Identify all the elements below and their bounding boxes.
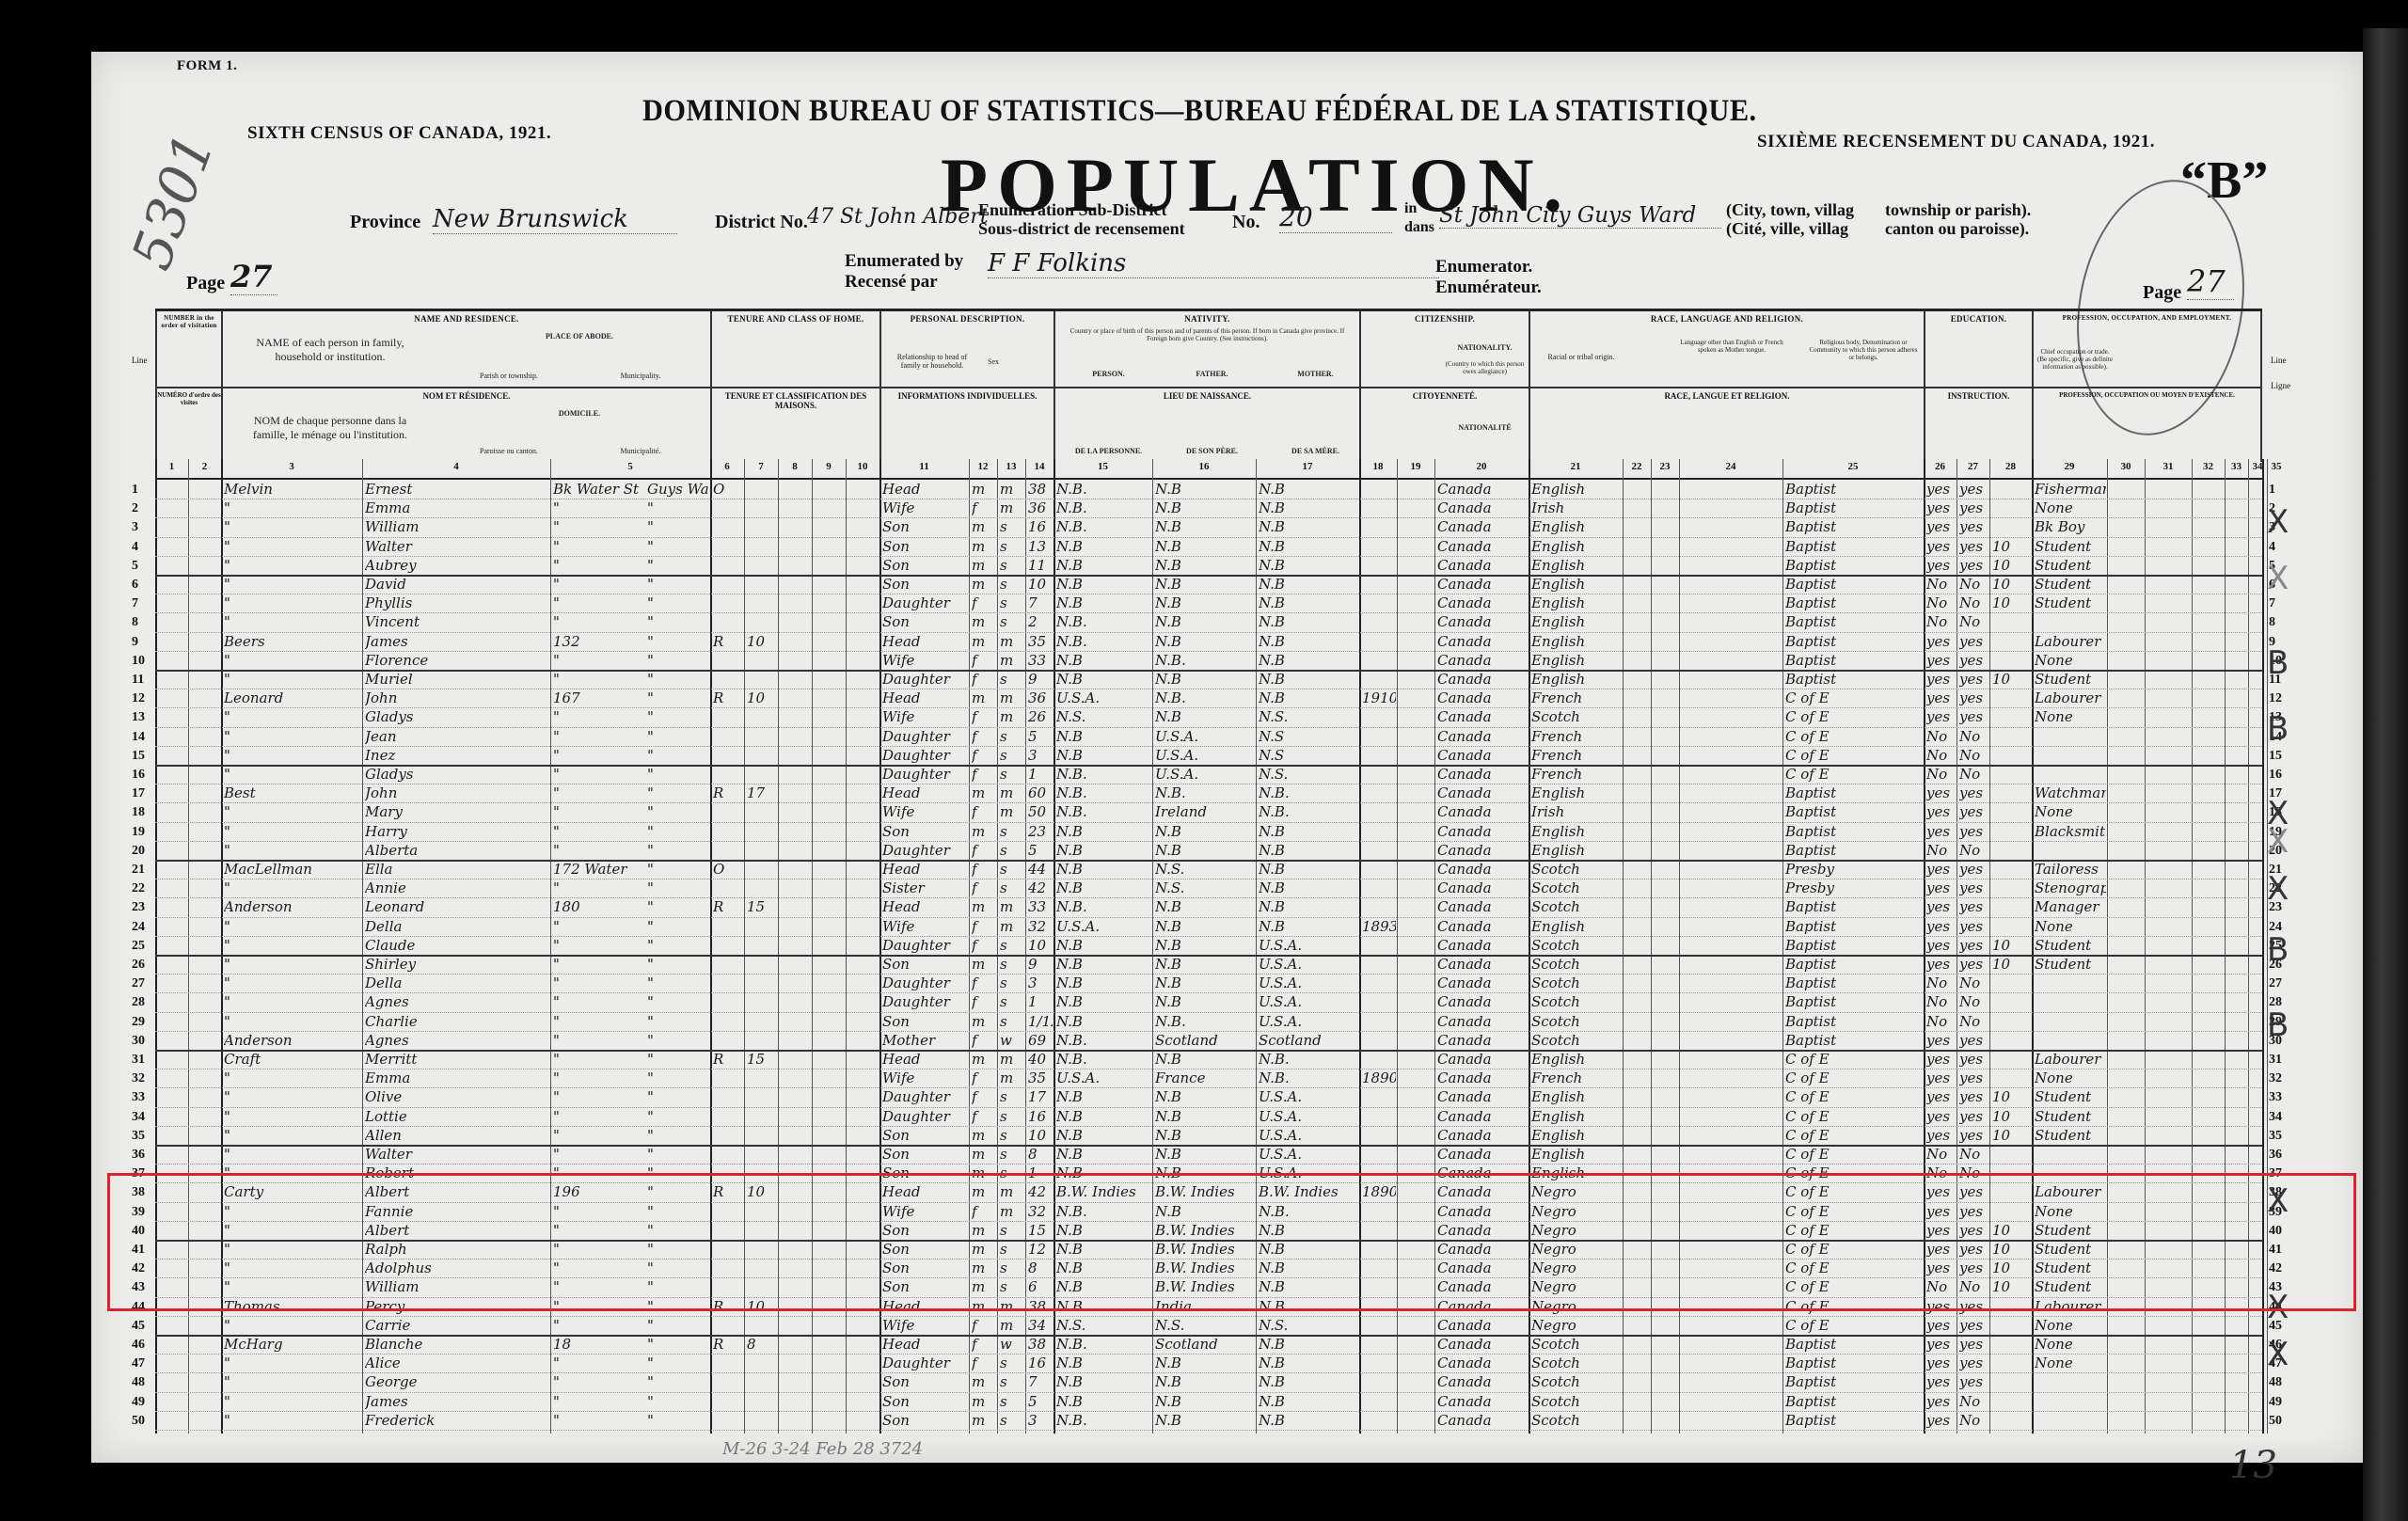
census-row: AndersonAgnes""Motherfw69N.B.ScotlandSco… xyxy=(155,1031,2262,1052)
father-birthplace-cell: N.B xyxy=(1155,671,1255,688)
nationality-cell: Canada xyxy=(1437,766,1528,783)
given-name-cell: Ernest xyxy=(365,481,549,498)
nationality-cell: Canada xyxy=(1437,576,1528,593)
line-number: 7 xyxy=(132,596,138,611)
relationship-cell: Son xyxy=(882,613,968,630)
father-birthplace-cell: N.S. xyxy=(1155,879,1255,896)
can-read-cell: yes xyxy=(1926,1393,1956,1410)
can-read-cell: yes xyxy=(1926,671,1956,688)
surname-cell: " xyxy=(224,538,361,555)
surname-cell: " xyxy=(224,823,361,840)
line-number: 31 xyxy=(132,1053,145,1068)
relationship-cell: Wife xyxy=(882,918,968,935)
municipality-cell: " xyxy=(647,594,709,611)
can-write-cell: No xyxy=(1959,1013,1988,1030)
relationship-cell: Daughter xyxy=(882,974,968,991)
sex-cell: m xyxy=(972,1127,996,1144)
can-write-cell: yes xyxy=(1959,481,1988,498)
racial-origin-cell: Scotch xyxy=(1531,1013,1622,1030)
sex-cell: m xyxy=(972,576,996,593)
municipality-cell: " xyxy=(647,1069,709,1086)
relationship-cell: Son xyxy=(882,956,968,973)
marital-status-cell: s xyxy=(1000,1088,1024,1105)
sex-cell: f xyxy=(972,1088,996,1105)
age-cell: 13 xyxy=(1028,538,1053,555)
census-row: "Allen""Sonms10N.BN.BU.S.A.CanadaEnglish… xyxy=(155,1126,2262,1147)
sex-cell: f xyxy=(972,879,996,896)
father-birthplace-cell: N.B xyxy=(1155,1412,1255,1429)
age-cell: 16 xyxy=(1028,1355,1053,1371)
column-number-bar: 1234567891011121314151617181920212223242… xyxy=(155,459,2262,480)
relationship-cell: Daughter xyxy=(882,766,968,783)
margin-mark: X xyxy=(2267,560,2289,597)
margin-mark: X xyxy=(2267,823,2289,861)
father-birthplace-cell: N.B xyxy=(1155,633,1255,650)
birthplace-cell: N.B xyxy=(1056,594,1151,611)
dans-label: dans xyxy=(1404,219,1434,236)
enumerator-label: Enumerator. xyxy=(1435,257,1532,277)
column-number: 31 xyxy=(2145,461,2192,472)
abode-cell: " xyxy=(553,576,643,593)
abode-cell: " xyxy=(553,594,643,611)
can-read-cell: No xyxy=(1926,613,1956,630)
occupation-cell: Watchman xyxy=(2035,784,2106,801)
column-number: 27 xyxy=(1956,461,1989,472)
age-cell: 34 xyxy=(1028,1317,1053,1334)
religion-cell: C of E xyxy=(1785,766,1923,783)
sex-cell: f xyxy=(972,918,996,935)
header-education: EDUCATION. INSTRUCTION. xyxy=(1924,311,2032,462)
can-read-cell: yes xyxy=(1926,538,1956,555)
rooms-cell: 15 xyxy=(747,1051,777,1068)
birthplace-cell: N.B. xyxy=(1056,1412,1151,1429)
census-row: "Emma""Wifefm35U.S.A.FranceN.B.1890Canad… xyxy=(155,1069,2262,1088)
school-months-cell: 10 xyxy=(1992,1127,2031,1144)
birthplace-cell: N.B xyxy=(1056,728,1151,745)
mother-birthplace-cell: U.S.A. xyxy=(1259,1146,1358,1163)
father-birthplace-cell: N.B xyxy=(1155,956,1255,973)
racial-origin-cell: English xyxy=(1531,633,1622,650)
nationality-cell: Canada xyxy=(1437,518,1528,535)
given-name-cell: Della xyxy=(365,918,549,935)
line-number: 45 xyxy=(132,1319,145,1334)
marital-status-cell: m xyxy=(1000,481,1024,498)
nationality-cell: Canada xyxy=(1437,1355,1528,1371)
occupation-cell: Blacksmith xyxy=(2035,823,2106,840)
column-number: 24 xyxy=(1679,461,1782,472)
religion-cell: Baptist xyxy=(1785,1013,1923,1030)
birthplace-cell: N.B xyxy=(1056,1127,1151,1144)
enumerateur-label: Enumérateur. xyxy=(1435,277,1542,298)
abode-cell: 172 Water xyxy=(553,861,643,878)
nationality-cell: Canada xyxy=(1437,689,1528,706)
can-read-cell: yes xyxy=(1926,1051,1956,1068)
given-name-cell: Olive xyxy=(365,1088,549,1105)
abode-cell: " xyxy=(553,993,643,1010)
abode-cell: " xyxy=(553,1108,643,1125)
tenure-cell: R xyxy=(713,1051,743,1068)
can-read-cell: yes xyxy=(1926,1412,1956,1429)
mother-birthplace-cell: N.B xyxy=(1259,918,1358,935)
abode-cell: " xyxy=(553,1355,643,1371)
census-row: "Carrie""Wifefm34N.S.N.S.N.S.CanadaNegro… xyxy=(155,1316,2262,1337)
column-number: 5 xyxy=(550,461,710,472)
religion-cell: Baptist xyxy=(1785,1393,1923,1410)
sex-cell: m xyxy=(972,1146,996,1163)
age-cell: 3 xyxy=(1028,747,1053,764)
racial-origin-cell: Scotch xyxy=(1531,708,1622,725)
line-number: 48 xyxy=(2269,1375,2282,1390)
mother-birthplace-cell: N.B. xyxy=(1259,1069,1358,1086)
abode-cell: " xyxy=(553,1317,643,1334)
line-number: 49 xyxy=(132,1395,145,1410)
abode-cell: 132 xyxy=(553,633,643,650)
racial-origin-cell: Scotch xyxy=(1531,993,1622,1010)
religion-cell: Baptist xyxy=(1785,481,1923,498)
relationship-cell: Daughter xyxy=(882,993,968,1010)
racial-origin-cell: French xyxy=(1531,728,1622,745)
abode-cell: " xyxy=(553,518,643,535)
occupation-cell: Student xyxy=(2035,594,2106,611)
relationship-cell: Son xyxy=(882,1412,968,1429)
margin-mark: B xyxy=(2267,931,2289,969)
marital-status-cell: m xyxy=(1000,898,1024,915)
nationality-cell: Canada xyxy=(1437,1146,1528,1163)
abode-cell: 180 xyxy=(553,898,643,915)
abode-cell: 167 xyxy=(553,689,643,706)
census-row: "Mary""Wifefm50N.B.IrelandN.B.CanadaIris… xyxy=(155,802,2262,822)
census-title-en: SIXTH CENSUS OF CANADA, 1921. xyxy=(247,123,551,144)
nationality-cell: Canada xyxy=(1437,671,1528,688)
page-label-right: Page xyxy=(2143,282,2181,304)
religion-cell: Baptist xyxy=(1785,1373,1923,1390)
occupation-cell: None xyxy=(2035,1355,2106,1371)
religion-cell: Baptist xyxy=(1785,557,1923,574)
given-name-cell: Alberta xyxy=(365,842,549,859)
rooms-cell: 15 xyxy=(747,898,777,915)
sex-cell: m xyxy=(972,1373,996,1390)
marital-status-cell: s xyxy=(1000,879,1024,896)
line-number: 10 xyxy=(132,654,145,669)
tenure-cell: R xyxy=(713,898,743,915)
racial-origin-cell: English xyxy=(1531,1088,1622,1105)
racial-origin-cell: French xyxy=(1531,1069,1622,1086)
mother-birthplace-cell: N.B xyxy=(1259,481,1358,498)
census-row: "Annie""Sisterfs42N.BN.S.N.BCanadaScotch… xyxy=(155,879,2262,898)
line-label-left: Line xyxy=(132,356,148,365)
surname-cell: " xyxy=(224,1013,361,1030)
given-name-cell: Della xyxy=(365,974,549,991)
marital-status-cell: s xyxy=(1000,823,1024,840)
census-row: "Emma""Wifefm36N.B.N.BN.BCanadaIrishBapt… xyxy=(155,499,2262,518)
sex-cell: f xyxy=(972,594,996,611)
line-number: 34 xyxy=(132,1110,145,1125)
mother-birthplace-cell: N.B xyxy=(1259,1336,1358,1353)
can-write-cell: yes xyxy=(1959,937,1988,954)
abode-cell: " xyxy=(553,538,643,555)
given-name-cell: David xyxy=(365,576,549,593)
occupation-cell: Student xyxy=(2035,937,2106,954)
sex-cell: f xyxy=(972,652,996,669)
sex-cell: f xyxy=(972,1069,996,1086)
racial-origin-cell: English xyxy=(1531,1127,1622,1144)
surname-cell: " xyxy=(224,842,361,859)
racial-origin-cell: Scotch xyxy=(1531,1393,1622,1410)
birthplace-cell: N.B. xyxy=(1056,784,1151,801)
can-write-cell: yes xyxy=(1959,538,1988,555)
religion-cell: Baptist xyxy=(1785,633,1923,650)
father-birthplace-cell: N.B. xyxy=(1155,689,1255,706)
religion-cell: Baptist xyxy=(1785,1336,1923,1353)
can-write-cell: yes xyxy=(1959,918,1988,935)
census-row: MelvinErnestBk Water StGuys WardOHeadmm3… xyxy=(155,480,2262,499)
age-cell: 38 xyxy=(1028,481,1053,498)
municipality-cell: " xyxy=(647,918,709,935)
occupation-cell: Student xyxy=(2035,1127,2106,1144)
father-birthplace-cell: N.B. xyxy=(1155,1013,1255,1030)
column-number: 15 xyxy=(1053,461,1152,472)
line-number: 33 xyxy=(2269,1090,2282,1105)
line-number: 8 xyxy=(2269,615,2275,630)
birthplace-cell: N.B. xyxy=(1056,633,1151,650)
can-write-cell: yes xyxy=(1959,861,1988,878)
nationality-cell: Canada xyxy=(1437,1336,1528,1353)
mother-birthplace-cell: N.B xyxy=(1259,823,1358,840)
age-cell: 32 xyxy=(1028,918,1053,935)
line-number: 48 xyxy=(132,1375,145,1390)
census-row: "Lottie""Daughterfs16N.BN.BU.S.A.CanadaE… xyxy=(155,1107,2262,1127)
abode-cell: " xyxy=(553,956,643,973)
given-name-cell: Walter xyxy=(365,1146,549,1163)
racial-origin-cell: English xyxy=(1531,481,1622,498)
can-read-cell: No xyxy=(1926,974,1956,991)
marital-status-cell: s xyxy=(1000,518,1024,535)
age-cell: 7 xyxy=(1028,1373,1053,1390)
religion-cell: C of E xyxy=(1785,708,1923,725)
racial-origin-cell: Scotch xyxy=(1531,898,1622,915)
occupation-cell: None xyxy=(2035,1317,2106,1334)
age-cell: 5 xyxy=(1028,842,1053,859)
marital-status-cell: s xyxy=(1000,1127,1024,1144)
column-number: 18 xyxy=(1359,461,1397,472)
municipality-cell: " xyxy=(647,1412,709,1429)
abode-cell: 18 xyxy=(553,1336,643,1353)
relationship-cell: Head xyxy=(882,1051,968,1068)
microfilm-binding-edge xyxy=(2363,28,2408,1521)
occupation-cell: Labourer xyxy=(2035,1051,2106,1068)
can-write-cell: No xyxy=(1959,974,1988,991)
religion-cell: Baptist xyxy=(1785,613,1923,630)
column-number: 3 xyxy=(221,461,362,472)
tenure-cell: R xyxy=(713,784,743,801)
no-label: No. xyxy=(1232,212,1259,233)
abode-cell: " xyxy=(553,842,643,859)
can-read-cell: No xyxy=(1926,576,1956,593)
relationship-cell: Son xyxy=(882,1013,968,1030)
header-personal: PERSONAL DESCRIPTION. Relationship to he… xyxy=(879,311,1053,462)
column-number: 22 xyxy=(1623,461,1651,472)
census-row: McHargBlanche18"R8Headfw38N.B.ScotlandN.… xyxy=(155,1335,2262,1355)
marital-status-cell: m xyxy=(1000,652,1024,669)
census-row: "Muriel""Daughterfs9N.BN.BN.BCanadaEngli… xyxy=(155,670,2262,689)
religion-cell: Baptist xyxy=(1785,974,1923,991)
column-number: 29 xyxy=(2032,461,2107,472)
header-race-language-religion: RACE, LANGUAGE AND RELIGION. Racial or t… xyxy=(1529,311,1924,462)
marital-status-cell: m xyxy=(1000,803,1024,820)
line-number: 4 xyxy=(2269,540,2275,555)
can-read-cell: yes xyxy=(1926,784,1956,801)
school-months-cell: 10 xyxy=(1992,538,2031,555)
sex-cell: f xyxy=(972,842,996,859)
column-number: 9 xyxy=(812,461,846,472)
marital-status-cell: s xyxy=(1000,671,1024,688)
occupation-cell: Labourer xyxy=(2035,689,2106,706)
surname-cell: " xyxy=(224,728,361,745)
given-name-cell: Alice xyxy=(365,1355,549,1371)
racial-origin-cell: English xyxy=(1531,918,1622,935)
census-row: "Della""Wifefm32U.S.A.N.BN.B1893CanadaEn… xyxy=(155,917,2262,937)
mother-birthplace-cell: N.S xyxy=(1259,747,1358,764)
mother-birthplace-cell: N.B xyxy=(1259,1412,1358,1429)
municipality-cell: " xyxy=(647,1013,709,1030)
racial-origin-cell: English xyxy=(1531,1146,1622,1163)
school-months-cell: 10 xyxy=(1992,1108,2031,1125)
age-cell: 35 xyxy=(1028,1069,1053,1086)
census-row: "Alice""Daughterfs16N.BN.BN.BCanadaScotc… xyxy=(155,1354,2262,1373)
abode-cell: " xyxy=(553,766,643,783)
nationality-cell: Canada xyxy=(1437,1108,1528,1125)
surname-cell: " xyxy=(224,1069,361,1086)
father-birthplace-cell: N.B xyxy=(1155,1088,1255,1105)
line-number: 27 xyxy=(132,976,145,991)
census-row: "Harry""Sonms23N.BN.BN.BCanadaEnglishBap… xyxy=(155,822,2262,842)
mother-birthplace-cell: N.B xyxy=(1259,538,1358,555)
line-number: 32 xyxy=(2269,1071,2282,1086)
can-read-cell: No xyxy=(1926,1146,1956,1163)
sex-cell: f xyxy=(972,1108,996,1125)
surname-cell: " xyxy=(224,594,361,611)
district-value: 47 St John Albert xyxy=(807,205,976,229)
religion-cell: Baptist xyxy=(1785,518,1923,535)
page-number-right: 27 xyxy=(2187,263,2234,300)
tenure-cell: O xyxy=(713,861,743,878)
margin-mark: B xyxy=(2267,644,2289,682)
can-write-cell: No xyxy=(1959,594,1988,611)
given-name-cell: Agnes xyxy=(365,1032,549,1049)
can-read-cell: yes xyxy=(1926,918,1956,935)
line-number: 15 xyxy=(2269,749,2282,764)
occupation-cell: None xyxy=(2035,918,2106,935)
column-number: 19 xyxy=(1397,461,1434,472)
sex-cell: m xyxy=(972,613,996,630)
marital-status-cell: s xyxy=(1000,1393,1024,1410)
birthplace-cell: N.B xyxy=(1056,1393,1151,1410)
given-name-cell: James xyxy=(365,1393,549,1410)
religion-cell: Baptist xyxy=(1785,671,1923,688)
relationship-cell: Daughter xyxy=(882,937,968,954)
abode-cell: " xyxy=(553,1051,643,1068)
mother-birthplace-cell: N.S. xyxy=(1259,1317,1358,1334)
line-number: 35 xyxy=(2269,1129,2282,1144)
can-write-cell: yes xyxy=(1959,1088,1988,1105)
can-read-cell: yes xyxy=(1926,1088,1956,1105)
father-birthplace-cell: N.B xyxy=(1155,518,1255,535)
abode-cell: " xyxy=(553,1393,643,1410)
surname-cell: " xyxy=(224,499,361,516)
nationality-cell: Canada xyxy=(1437,613,1528,630)
age-cell: 5 xyxy=(1028,728,1053,745)
census-row: "Jean""Daughterfs5N.BU.S.A.N.SCanadaFren… xyxy=(155,727,2262,747)
nationality-cell: Canada xyxy=(1437,538,1528,555)
column-number: 14 xyxy=(1025,461,1053,472)
father-birthplace-cell: N.B xyxy=(1155,993,1255,1010)
municipality-cell: " xyxy=(647,671,709,688)
abode-cell: " xyxy=(553,1069,643,1086)
religion-cell: Baptist xyxy=(1785,1032,1923,1049)
column-number: 2 xyxy=(188,461,221,472)
column-number: 35 xyxy=(2267,461,2286,472)
can-read-cell: yes xyxy=(1926,1032,1956,1049)
line-number: 36 xyxy=(132,1148,145,1163)
mother-birthplace-cell: N.B xyxy=(1259,576,1358,593)
mother-birthplace-cell: N.B xyxy=(1259,613,1358,630)
racial-origin-cell: Scotch xyxy=(1531,1032,1622,1049)
abode-cell: " xyxy=(553,823,643,840)
surname-cell: " xyxy=(224,766,361,783)
religion-cell: Presby xyxy=(1785,879,1923,896)
age-cell: 40 xyxy=(1028,1051,1053,1068)
birthplace-cell: N.B. xyxy=(1056,898,1151,915)
racial-origin-cell: French xyxy=(1531,766,1622,783)
marital-status-cell: s xyxy=(1000,576,1024,593)
surname-cell: " xyxy=(224,557,361,574)
age-cell: 36 xyxy=(1028,689,1053,706)
age-cell: 38 xyxy=(1028,1336,1053,1353)
line-number: 13 xyxy=(132,710,145,725)
can-write-cell: yes xyxy=(1959,499,1988,516)
relationship-cell: Son xyxy=(882,1146,968,1163)
birthplace-cell: N.B xyxy=(1056,974,1151,991)
header-nativity: NATIVITY. Country or place of birth of t… xyxy=(1053,311,1359,462)
relationship-cell: Son xyxy=(882,1373,968,1390)
nationality-cell: Canada xyxy=(1437,708,1528,725)
age-cell: 16 xyxy=(1028,1108,1053,1125)
nationality-cell: Canada xyxy=(1437,633,1528,650)
given-name-cell: Mary xyxy=(365,803,549,820)
racial-origin-cell: French xyxy=(1531,689,1622,706)
municipality-cell: " xyxy=(647,538,709,555)
column-number: 17 xyxy=(1256,461,1359,472)
can-read-cell: yes xyxy=(1926,652,1956,669)
mother-birthplace-cell: N.S xyxy=(1259,728,1358,745)
racial-origin-cell: English xyxy=(1531,518,1622,535)
mother-birthplace-cell: N.B xyxy=(1259,879,1358,896)
marital-status-cell: s xyxy=(1000,937,1024,954)
can-write-cell: yes xyxy=(1959,1032,1988,1049)
racial-origin-cell: Scotch xyxy=(1531,1412,1622,1429)
marital-status-cell: m xyxy=(1000,499,1024,516)
column-number: 34 xyxy=(2248,461,2267,472)
racial-origin-cell: Irish xyxy=(1531,803,1622,820)
relationship-cell: Daughter xyxy=(882,842,968,859)
nationality-cell: Canada xyxy=(1437,956,1528,973)
father-birthplace-cell: Scotland xyxy=(1155,1336,1255,1353)
line-number: 24 xyxy=(132,920,145,935)
census-title-fr: SIXIÈME RECENSEMENT DU CANADA, 1921. xyxy=(1757,132,2155,152)
page-label-left: Page xyxy=(186,273,225,294)
census-row: "James""Sonms5N.BN.BN.BCanadaScotchBapti… xyxy=(155,1392,2262,1412)
line-number: 3 xyxy=(132,520,138,535)
